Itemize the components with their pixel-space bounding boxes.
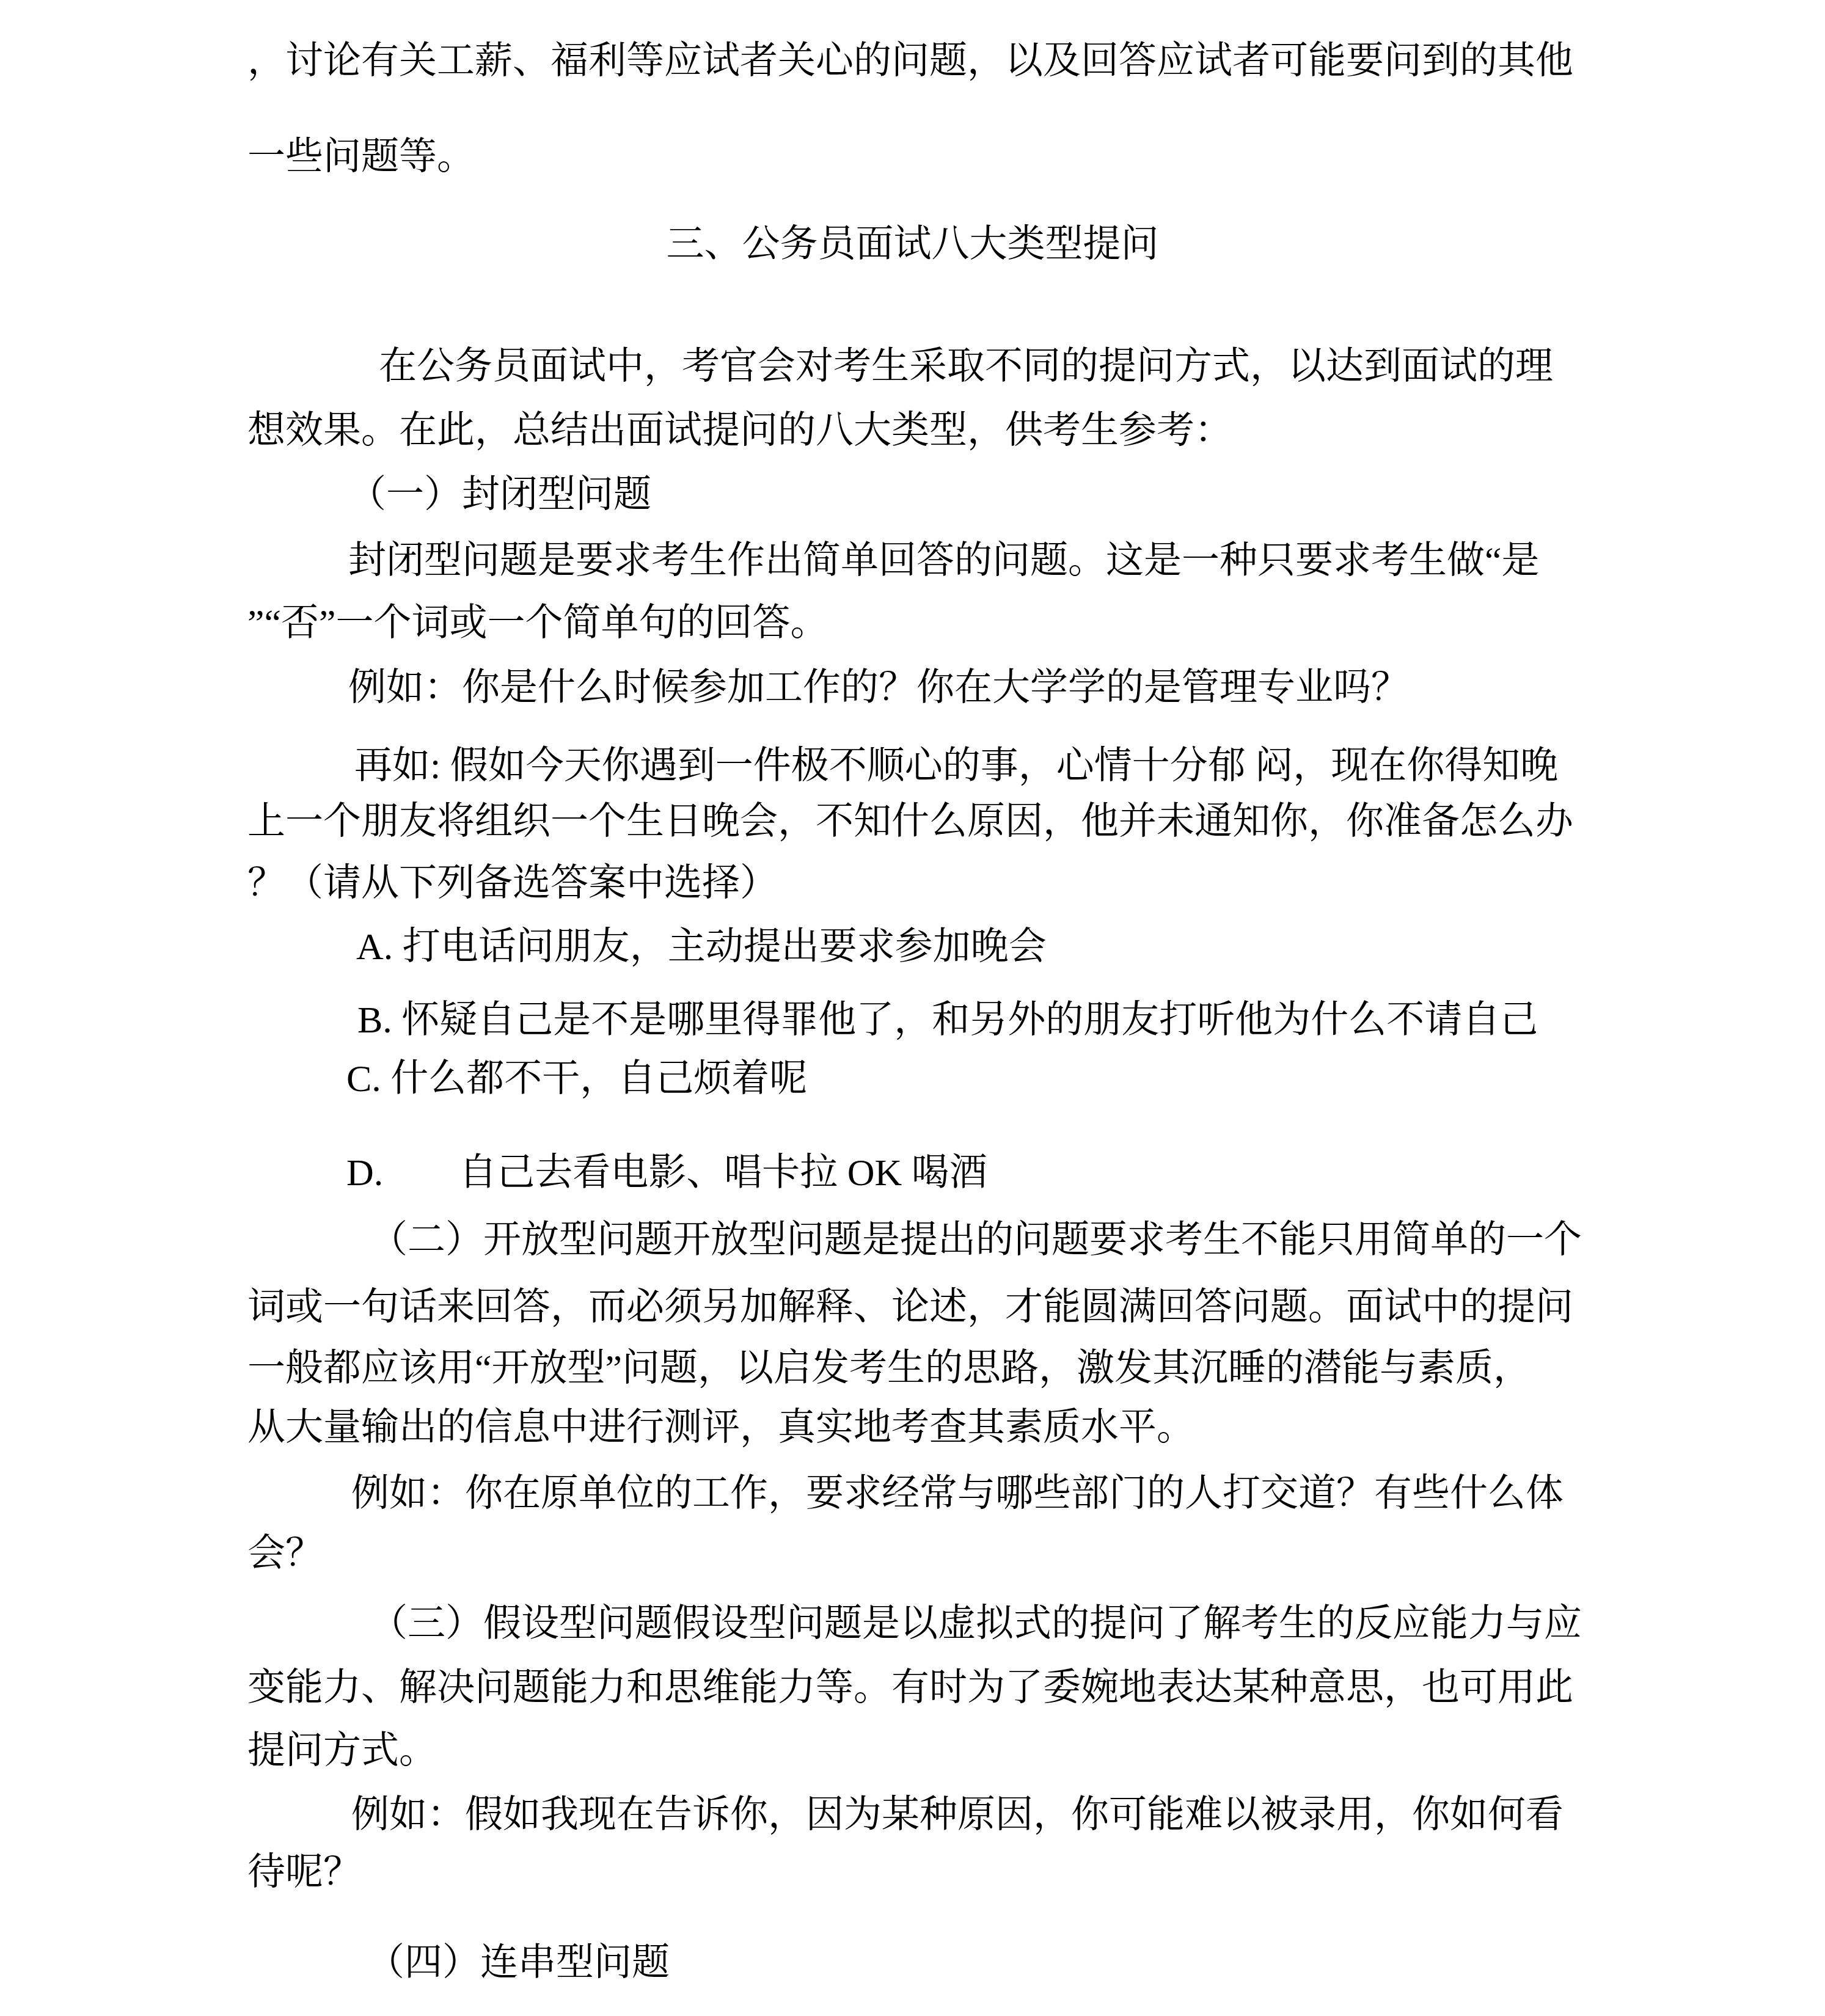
- example-line: 例如：你在原单位的工作，要求经常与哪些部门的人打交道？有些什么体: [351, 1475, 1564, 1513]
- example-line: 例如：假如我现在告诉你，因为某种原因，你可能难以被录用，你如何看: [351, 1796, 1564, 1834]
- document-page: ，讨论有关工薪、福利等应试者关心的问题，以及回答应试者可能要问到的其他 一些问题…: [0, 0, 1825, 2016]
- paragraph-line: ？（请从下列备选答案中选择）: [247, 864, 778, 902]
- paragraph-line: 变能力、解决问题能力和思维能力等。有时为了委婉地表达某种意思，也可用此: [247, 1669, 1573, 1707]
- option-d-line: D. 自己去看电影、唱卡拉 OK 喝酒: [346, 1154, 987, 1192]
- subsection-heading-2: （二）开放型问题开放型问题是提出的问题要求考生不能只用简单的一个: [370, 1221, 1582, 1259]
- section-heading: 三、公务员面试八大类型提问: [0, 225, 1825, 263]
- paragraph-line: 上一个朋友将组织一个生日晚会，不知什么原因，他并未通知你，你准备怎么办: [247, 803, 1573, 841]
- subsection-heading-4: （四）连串型问题: [367, 1944, 670, 1982]
- option-b-line: B. 怀疑自己是不是哪里得罪他了，和另外的朋友打听他为什么不请自己: [357, 1001, 1538, 1039]
- paragraph-line: ”“否”一个词或一个简单句的回答。: [247, 604, 828, 642]
- paragraph-line: 想效果。在此，总结出面试提问的八大类型，供考生参考：: [247, 412, 1232, 450]
- paragraph-line: 会？: [247, 1535, 323, 1572]
- subsection-heading-1: （一）封闭型问题: [348, 476, 651, 514]
- paragraph-line: 封闭型问题是要求考生作出简单回答的问题。这是一种只要求考生做“是: [348, 542, 1540, 580]
- paragraph-line: 从大量输出的信息中进行测评，真实地考查其素质水平。: [247, 1409, 1194, 1447]
- paragraph-line: 一些问题等。: [247, 138, 475, 176]
- paragraph-line: 在公务员面试中，考官会对考生采取不同的提问方式，以达到面试的理: [379, 348, 1553, 385]
- paragraph-line: 词或一句话来回答，而必须另加解释、论述，才能圆满回答问题。面试中的提问: [247, 1288, 1573, 1326]
- option-a-line: A. 打电话问朋友，主动提出要求参加晚会: [356, 928, 1047, 966]
- paragraph-line: 一般都应该用“开放型”问题，以启发考生的思路，激发其沉睡的潜能与素质，: [247, 1349, 1531, 1387]
- subsection-heading-3: （三）假设型问题假设型问题是以虚拟式的提问了解考生的反应能力与应: [370, 1605, 1582, 1643]
- example-line: 例如：你是什么时候参加工作的？你在大学学的是管理专业吗？: [348, 669, 1409, 707]
- example-line: 再如: 假如今天你遇到一件极不顺心的事，心情十分郁 闷，现在你得知晚: [354, 747, 1558, 785]
- paragraph-line: ，讨论有关工薪、福利等应试者关心的问题，以及回答应试者可能要问到的其他: [247, 42, 1573, 80]
- paragraph-line: 待呢？: [247, 1853, 361, 1891]
- paragraph-line: 提问方式。: [247, 1732, 437, 1770]
- option-c-line: C. 什么都不干，自己烦着呢: [346, 1060, 807, 1098]
